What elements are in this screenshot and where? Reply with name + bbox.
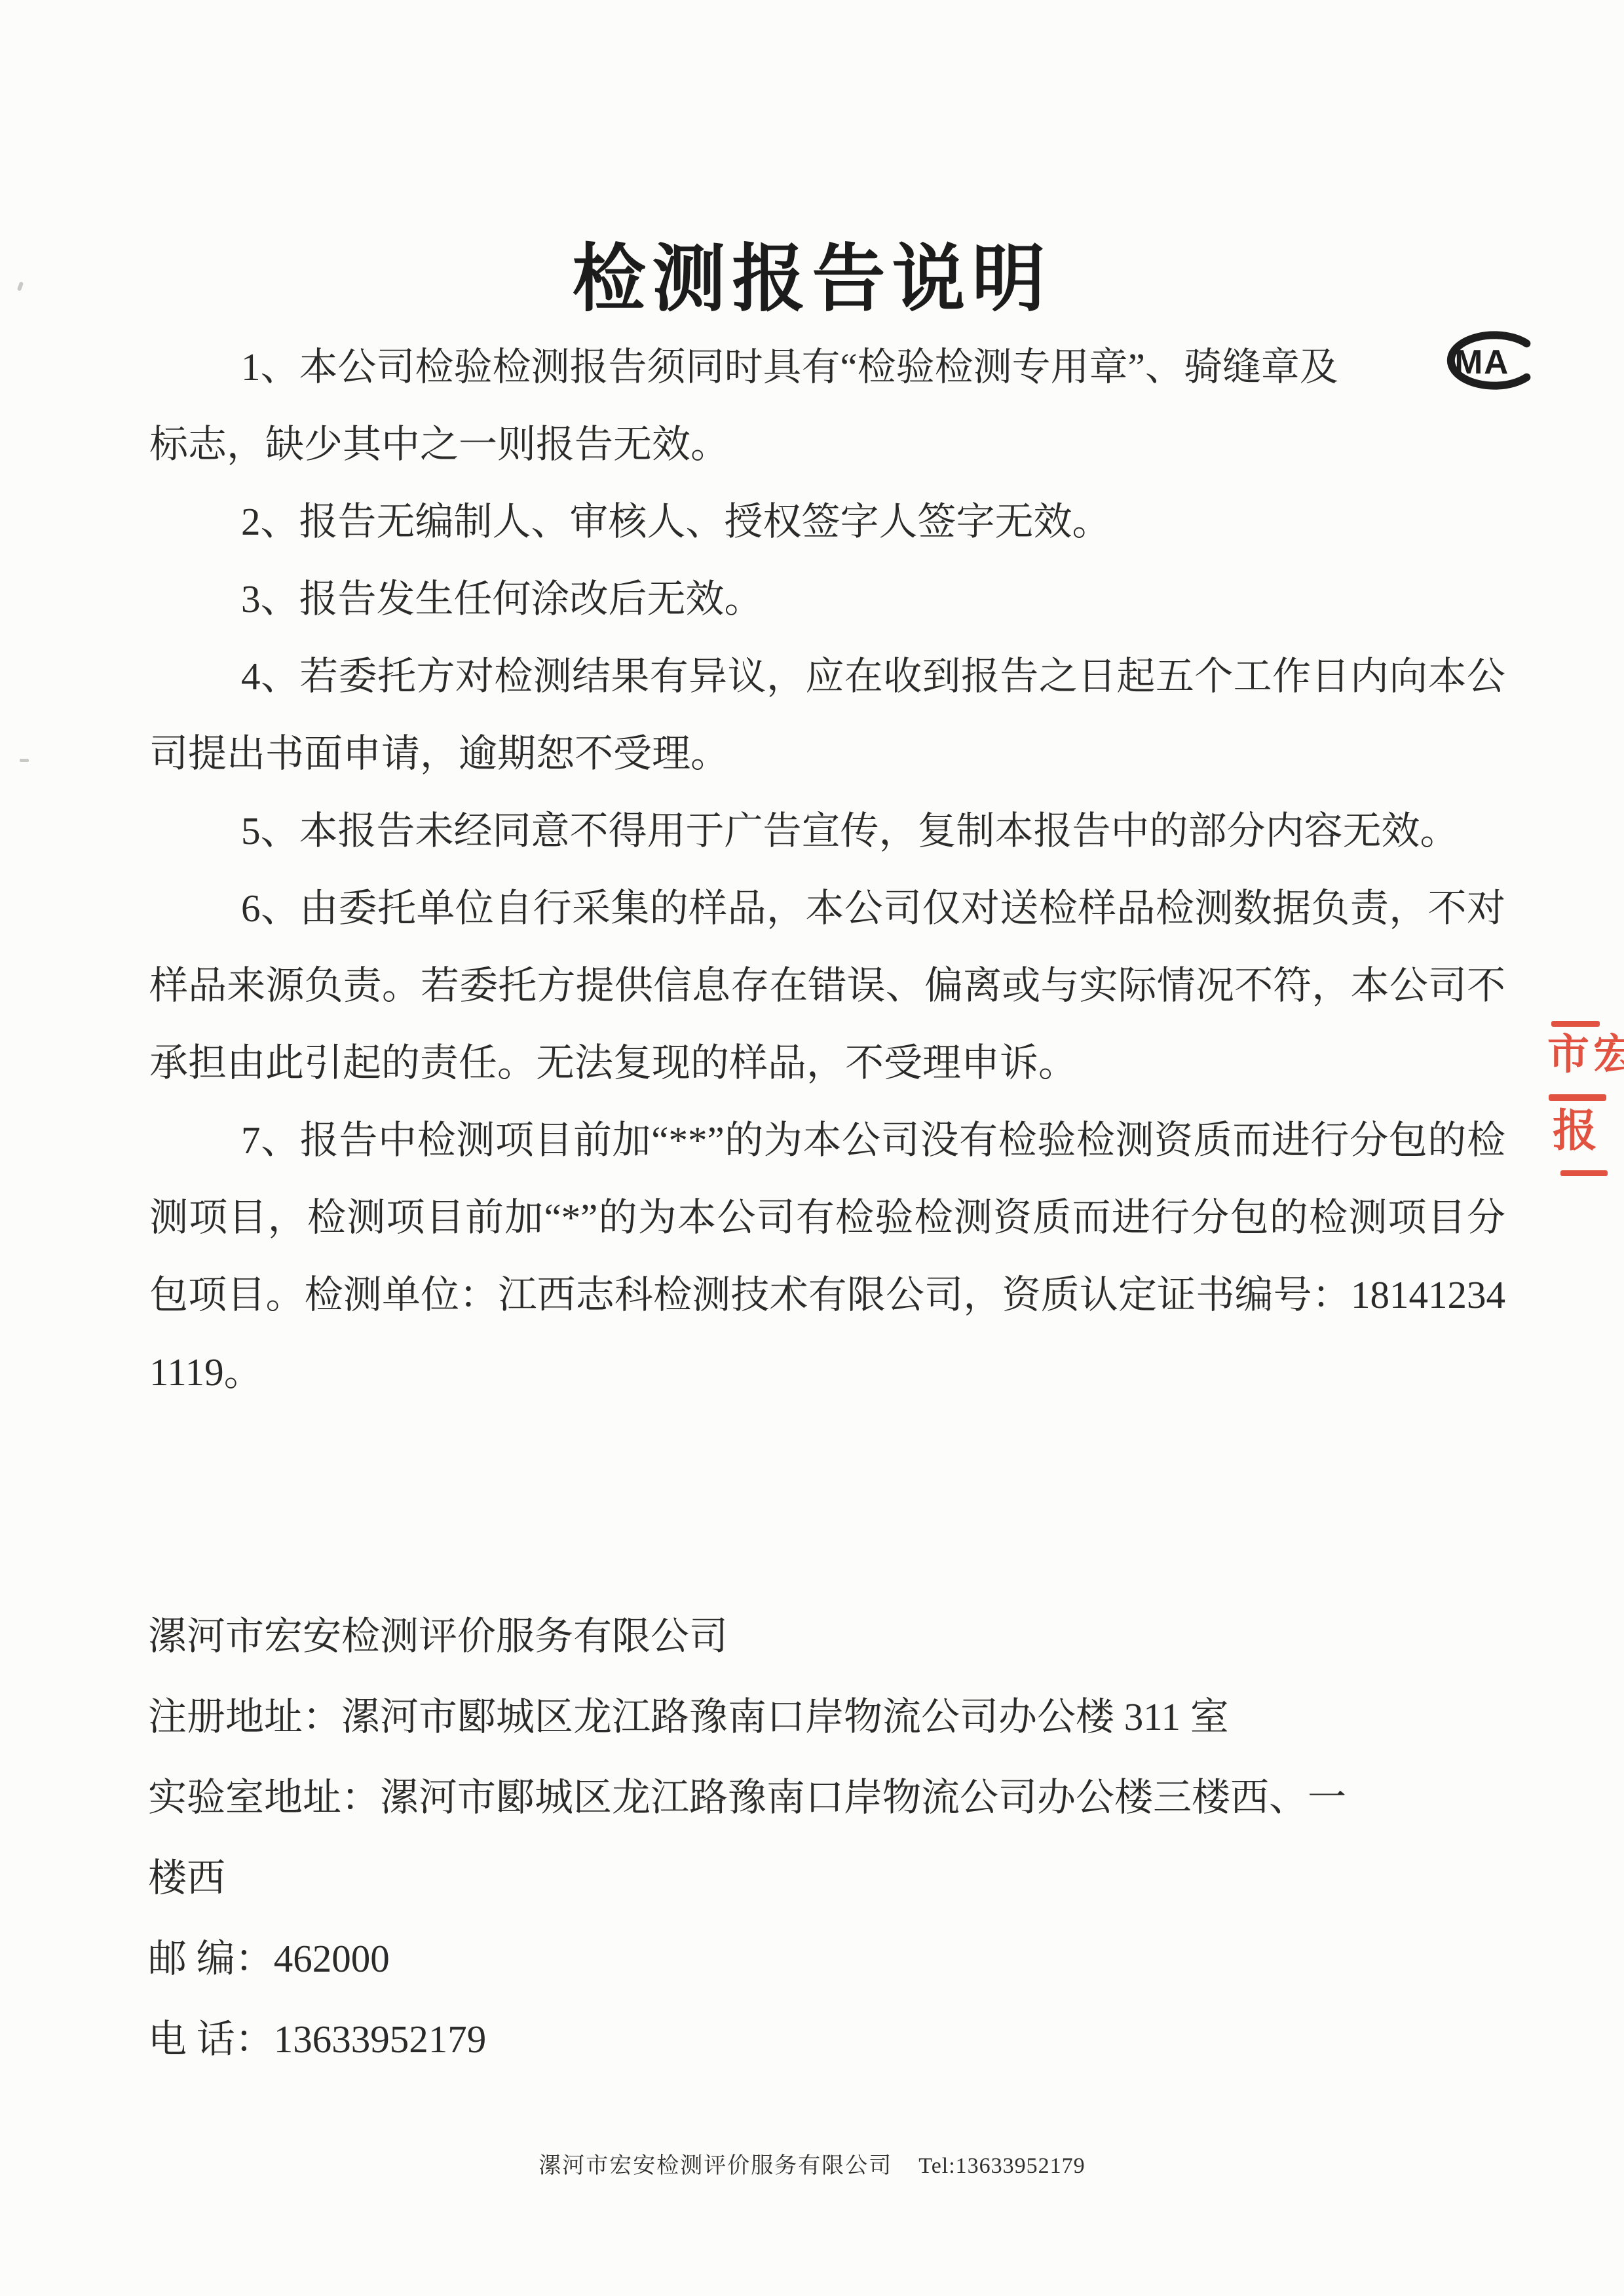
company-info-block: 漯河市宏安检测评价服务有限公司 注册地址：漯河市郾城区龙江路豫南口岸物流公司办公… [148, 1596, 1353, 2080]
company-registered-address: 注册地址：漯河市郾城区龙江路豫南口岸物流公司办公楼 311 室 [148, 1677, 1353, 1757]
note-1-text-before-cma: 1、本公司检验检测报告须同时具有“检验检测专用章”、骑缝章及 [241, 345, 1338, 389]
seal-fragment-text: 报 [1553, 1109, 1597, 1153]
red-seal-stamp: 市宏 报 [1542, 1017, 1624, 1186]
footer-telephone: Tel:13633952179 [918, 2154, 1085, 2178]
seal-fragment-bar [1549, 1094, 1606, 1101]
company-name: 漯河市宏安检测评价服务有限公司 [148, 1596, 1353, 1677]
scan-artifact [20, 759, 29, 762]
seal-fragment-text: 市宏 [1547, 1034, 1624, 1076]
report-notes: 1、本公司检验检测报告须同时具有“检验检测专用章”、骑缝章及MA标志，缺少其中之… [149, 328, 1505, 1411]
note-item-1: 1、本公司检验检测报告须同时具有“检验检测专用章”、骑缝章及MA标志，缺少其中之… [149, 328, 1505, 483]
note-1-text-after-cma: 标志，缺少其中之一则报告无效。 [149, 423, 729, 466]
document-page: 检测报告说明 1、本公司检验检测报告须同时具有“检验检测专用章”、骑缝章及MA标… [0, 0, 1624, 2296]
note-item-5: 5、本报告未经同意不得用于广告宣传，复制本报告中的部分内容无效。 [149, 792, 1505, 870]
company-postal-code: 邮 编：462000 [148, 1919, 1353, 1999]
footer-company-name: 漯河市宏安检测评价服务有限公司 [538, 2154, 892, 2178]
note-item-3: 3、报告发生任何涂改后无效。 [149, 560, 1505, 638]
note-item-7: 7、报告中检测项目前加“**”的为本公司没有检验检测资质而进行分包的检测项目，检… [149, 1101, 1505, 1411]
cma-accreditation-mark-icon: MA [1344, 330, 1442, 391]
page-footer: 漯河市宏安检测评价服务有限公司Tel:13633952179 [0, 2147, 1624, 2179]
note-item-6: 6、由委托单位自行采集的样品，本公司仅对送检样品检测数据负责，不对样品来源负责。… [149, 870, 1505, 1101]
cma-mark-label: MA [1454, 343, 1509, 381]
note-item-2: 2、报告无编制人、审核人、授权签字人签字无效。 [149, 483, 1505, 560]
seal-fragment-bar [1551, 1021, 1600, 1027]
seal-fragment-bar [1560, 1170, 1608, 1176]
note-item-4: 4、若委托方对检测结果有异议，应在收到报告之日起五个工作日内向本公司提出书面申请… [149, 638, 1505, 792]
company-phone: 电 话：13633952179 [148, 1999, 1353, 2080]
page-title: 检测报告说明 [0, 220, 1624, 326]
company-lab-address: 实验室地址：漯河市郾城区龙江路豫南口岸物流公司办公楼三楼西、一楼西 [148, 1757, 1353, 1919]
